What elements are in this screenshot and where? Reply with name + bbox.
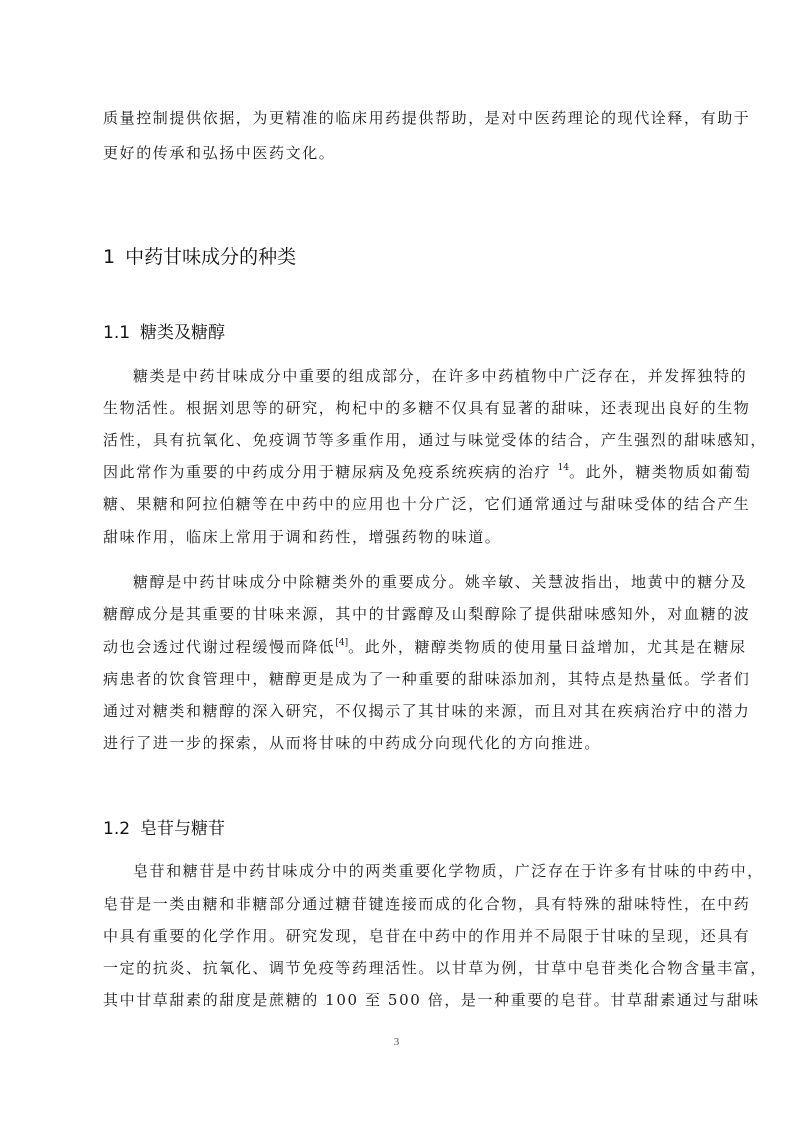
subsection-number: 1.1 bbox=[103, 323, 130, 343]
text-segment: 因此常作为重要的中药成分用于糖尿病及免疫系统疾病的治疗 bbox=[103, 463, 551, 481]
text-line: 通过对糖类和糖醇的深入研究，不仅揭示了其甘味的来源，而且对其在疾病治疗中的潜力 bbox=[103, 701, 713, 721]
subsection-title: 糖类及糖醇 bbox=[140, 323, 225, 343]
subsection-title: 皂苷与糖苷 bbox=[140, 819, 225, 839]
section-heading-1: 1中药甘味成分的种类 bbox=[103, 245, 296, 269]
text-segment: 。此外，糖醇类物质的使用量日益增加，尤其是在糖尿 bbox=[348, 638, 746, 656]
subsection-heading-1-1: 1.1糖类及糖醇 bbox=[103, 322, 225, 344]
document-page: 质量控制提供依据，为更精准的临床用药提供帮助，是对中医药理论的现代诠释，有助于 … bbox=[0, 0, 793, 1122]
text-line: 一定的抗炎、抗氧化、调节免疫等药理活性。以甘草为例，甘草中皂苷类化合物含量丰富， bbox=[103, 958, 713, 978]
text-line: 糖醇是中药甘味成分中除糖类外的重要成分。姚辛敏、关慧波指出，地黄中的糖分及 bbox=[133, 572, 743, 592]
text-line: 糖类是中药甘味成分中重要的组成部分，在许多中药植物中广泛存在，并发挥独特的 bbox=[133, 366, 743, 386]
citation-superscript: 14 bbox=[558, 463, 569, 473]
text-line: 病患者的饮食管理中，糖醇更是成为了一种重要的甜味添加剂，其特点是热量低。学者们 bbox=[103, 669, 713, 689]
citation-superscript: [4] bbox=[335, 638, 348, 648]
text-line: 糖醇成分是其重要的甘味来源，其中的甘露醇及山梨醇除了提供甜味感知外，对血糖的波 bbox=[103, 604, 713, 624]
section-number: 1 bbox=[103, 246, 115, 268]
text-line: 因此常作为重要的中药成分用于糖尿病及免疫系统疾病的治疗 14。此外，糖类物质如葡… bbox=[103, 462, 713, 482]
text-line: 其中甘草甜素的甜度是蔗糖的 100 至 500 倍，是一种重要的皂苷。甘草甜素通… bbox=[103, 990, 713, 1010]
subsection-heading-1-2: 1.2皂苷与糖苷 bbox=[103, 818, 225, 840]
text-line: 皂苷是一类由糖和非糖部分通过糖苷键连接而成的化合物，具有特殊的甜味特性，在中药 bbox=[103, 894, 713, 914]
page-number: 3 bbox=[0, 1036, 793, 1048]
text-line: 动也会透过代谢过程缓慢而降低[4]。此外，糖醇类物质的使用量日益增加，尤其是在糖… bbox=[103, 637, 713, 657]
text-line: 皂苷和糖苷是中药甘味成分中的两类重要化学物质，广泛存在于许多有甘味的中药中， bbox=[133, 861, 743, 881]
text-segment: 。此外，糖类物质如葡萄 bbox=[569, 463, 752, 481]
text-line: 活性，具有抗氧化、免疫调节等多重作用，通过与味觉受体的结合，产生强烈的甜味感知， bbox=[103, 430, 713, 450]
text-line: 质量控制提供依据，为更精准的临床用药提供帮助，是对中医药理论的现代诠释，有助于 bbox=[103, 108, 713, 128]
text-line: 更好的传承和弘扬中医药文化。 bbox=[103, 143, 713, 163]
subsection-number: 1.2 bbox=[103, 819, 130, 839]
text-segment: 动也会透过代谢过程缓慢而降低 bbox=[103, 638, 335, 656]
text-line: 中具有重要的化学作用。研究发现，皂苷在中药中的作用并不局限于甘味的呈现，还具有 bbox=[103, 926, 713, 946]
text-line: 甜味作用，临床上常用于调和药性，增强药物的味道。 bbox=[103, 527, 713, 547]
text-line: 生物活性。根据刘思等的研究，枸杞中的多糖不仅具有显著的甜味，还表现出良好的生物 bbox=[103, 398, 713, 418]
section-title: 中药甘味成分的种类 bbox=[125, 246, 296, 268]
text-line: 糖、果糖和阿拉伯糖等在中药中的应用也十分广泛，它们通常通过与甜味受体的结合产生 bbox=[103, 494, 713, 514]
text-line: 进行了进一步的探索，从而将甘味的中药成分向现代化的方向推进。 bbox=[103, 733, 713, 753]
